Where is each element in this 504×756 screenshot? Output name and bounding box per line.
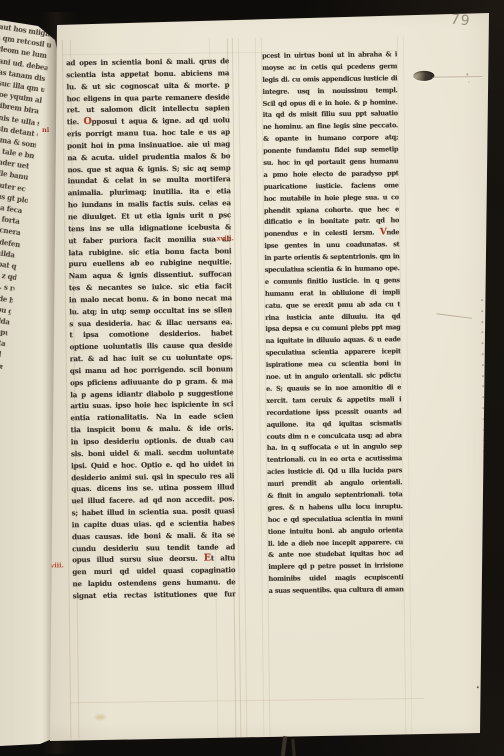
rubric-initial: V xyxy=(380,228,387,238)
manuscript-page: ad opes in scientia boni & mali. qrus de… xyxy=(0,0,504,756)
rubric-initial: E xyxy=(204,553,211,564)
crease-highlight xyxy=(432,77,482,79)
manuscript-text-line: signat etia rectas istitutiones que fur xyxy=(73,588,236,602)
folio-number: 79 xyxy=(450,11,471,29)
crease-line xyxy=(436,313,472,319)
speck xyxy=(477,686,479,688)
pricking-hole xyxy=(481,321,483,323)
pricking-hole xyxy=(482,342,484,344)
rubric-fragment: ni xyxy=(42,126,49,134)
pricking-hole xyxy=(481,299,483,301)
text-column-right: pcest in uirtus boni ut in abraha & imoy… xyxy=(262,49,404,598)
pricking-hole xyxy=(481,332,483,334)
chapter-number-rubric: .xviii. xyxy=(214,234,234,242)
pricking-hole xyxy=(482,375,484,377)
facing-page-text: s aut hos miigla siga qm retcosil ushdeo… xyxy=(0,20,53,604)
pricking-hole xyxy=(481,310,483,312)
speck xyxy=(468,81,469,82)
rubric-initial: O xyxy=(83,116,91,127)
speck xyxy=(466,73,468,75)
pricking-hole xyxy=(482,364,484,366)
page-content: ad opes in scientia boni & mali. qrus de… xyxy=(0,0,504,756)
pricking-hole xyxy=(482,353,484,355)
text-column-left: ad opes in scientia boni & mali. qrus de… xyxy=(66,55,236,602)
pricking-hole xyxy=(482,396,484,398)
manuscript-photo: s aut hos miigla siga qm retcosil ushdeo… xyxy=(0,0,504,756)
pricking-hole xyxy=(482,386,484,388)
manuscript-text-line: a suas sequentibs. qua cultura di aman xyxy=(269,584,404,598)
stain xyxy=(95,715,105,720)
parchment-hole xyxy=(413,71,434,81)
